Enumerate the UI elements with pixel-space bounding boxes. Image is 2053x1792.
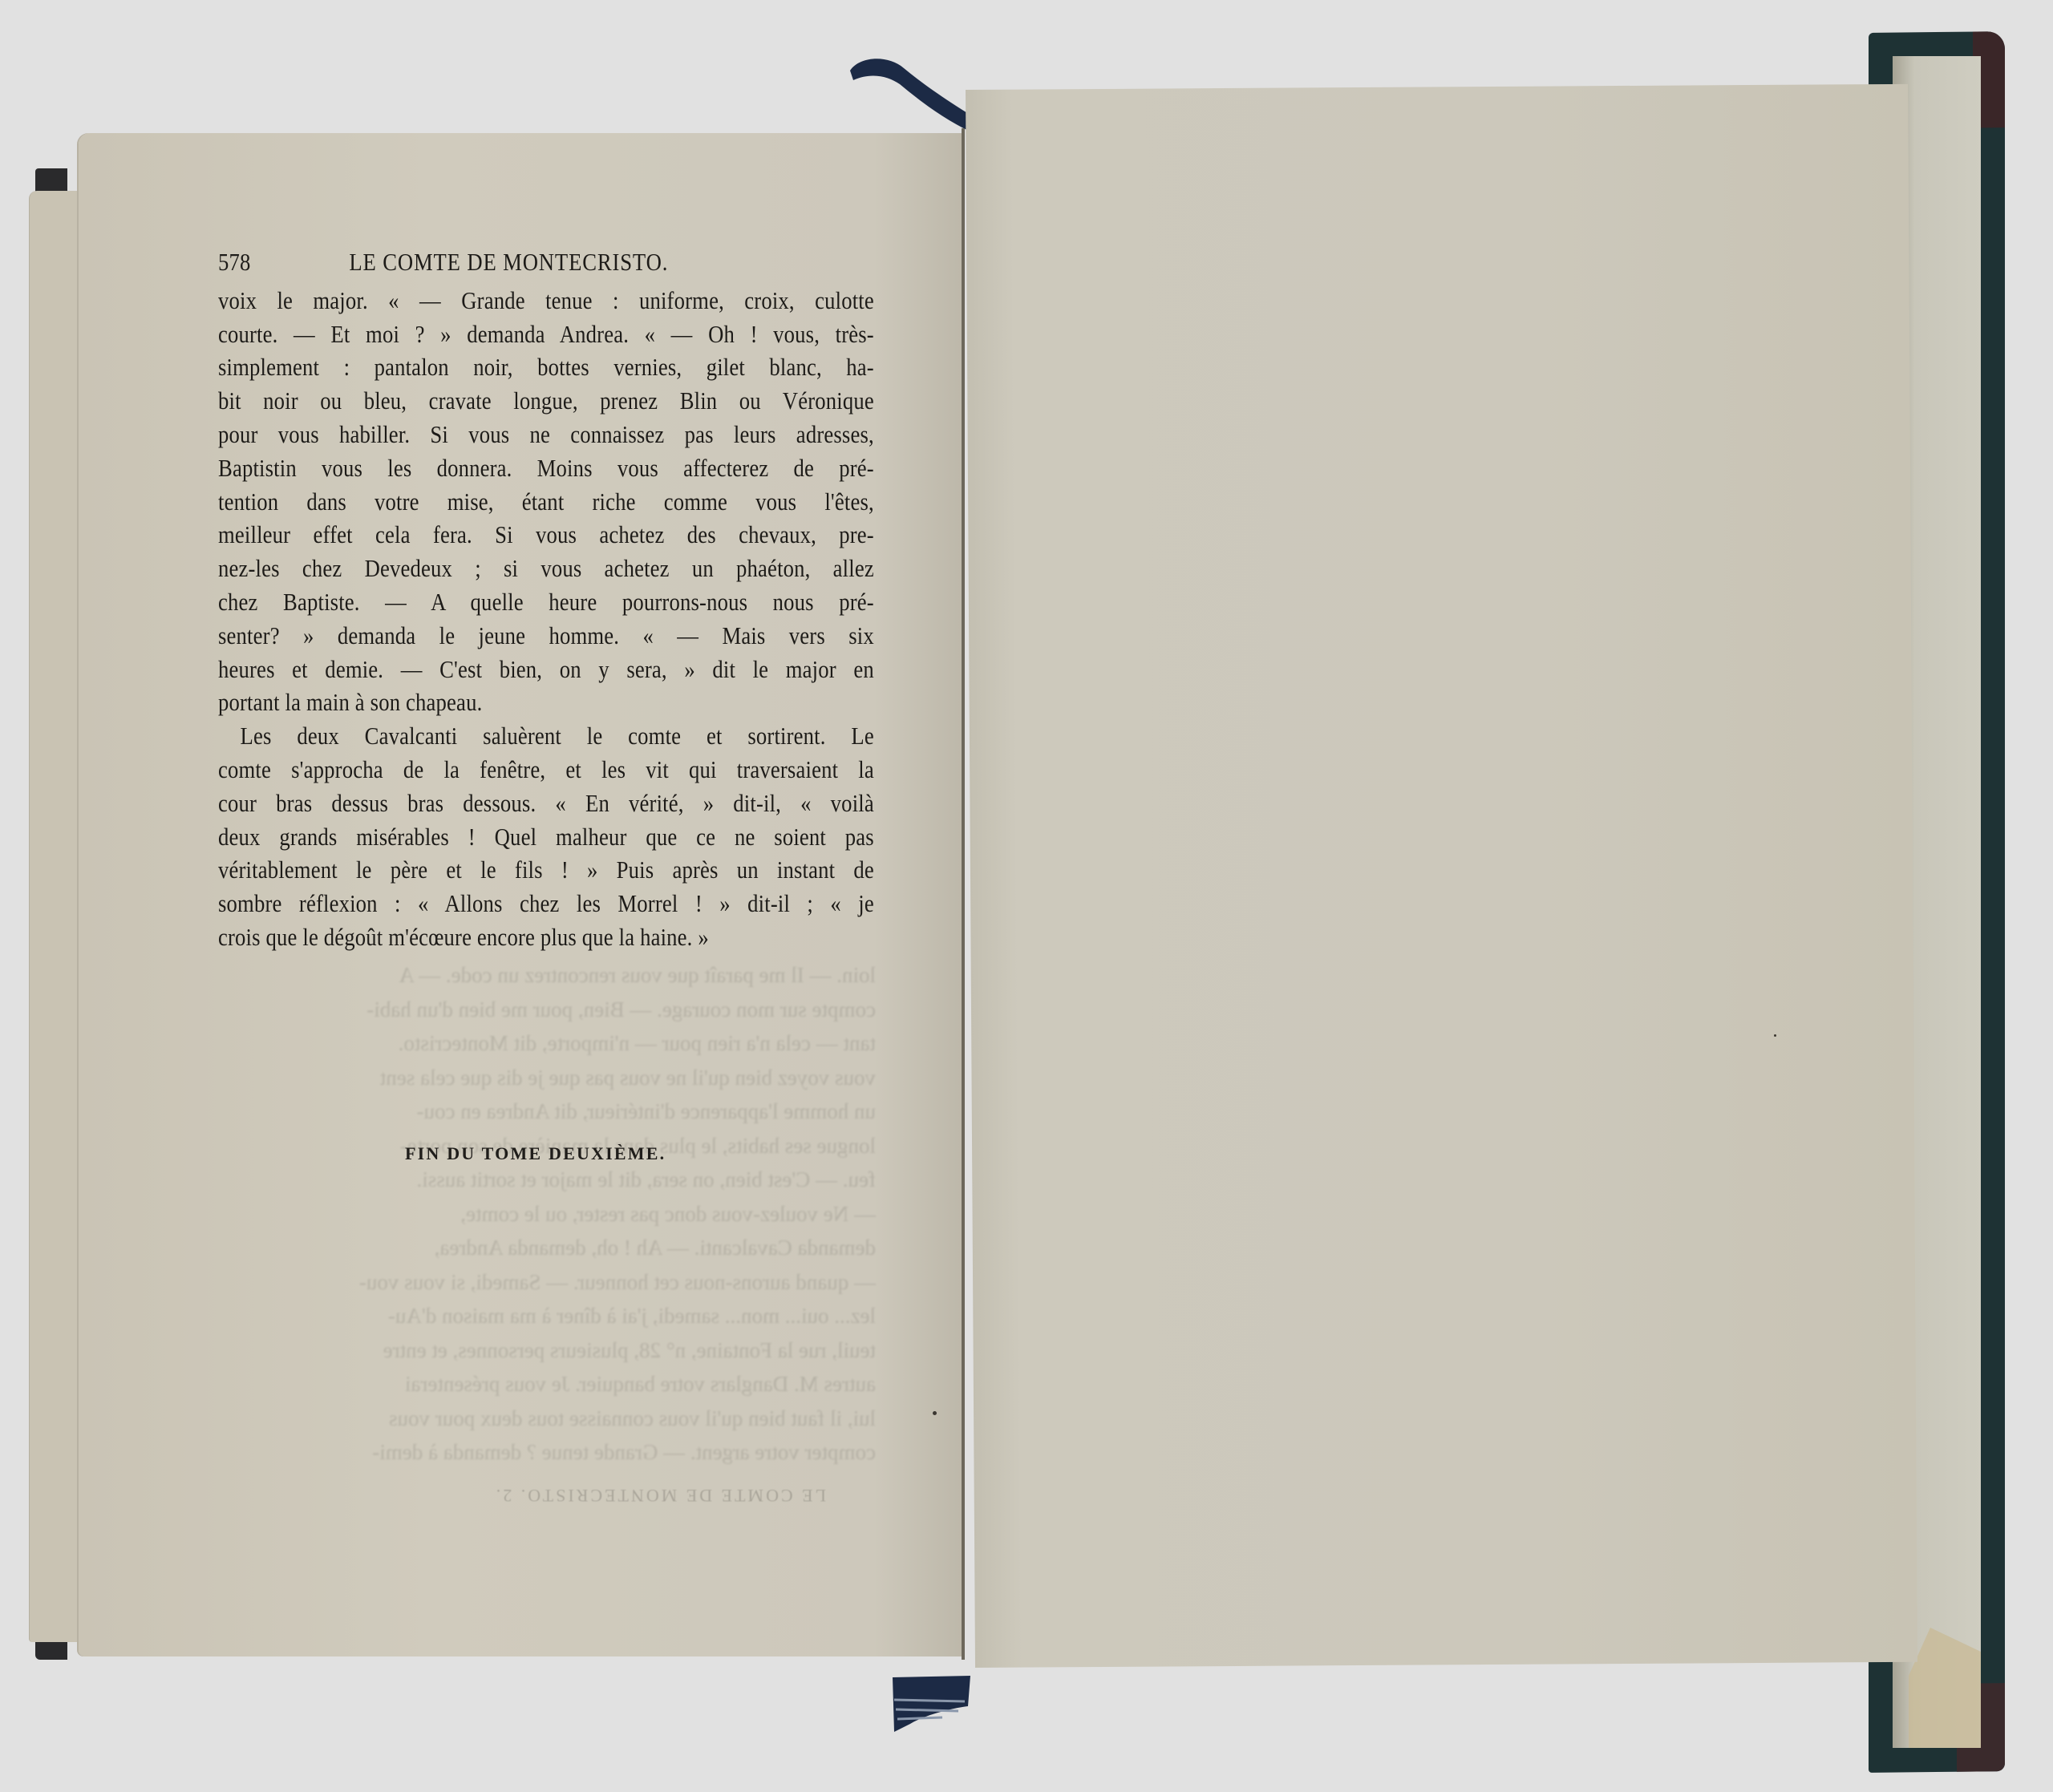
text-line: tention dans votre mise, étant riche com… [218,485,874,519]
page-number: 578 [218,245,349,279]
bleed-through-footer: LE COMTE DE MONTECRISTO. 2. [297,1485,826,1506]
paragraph-1: voix le major. « — Grande tenue : unifor… [218,284,782,719]
text-line: Baptistin vous les donnera. Moins vous a… [218,451,874,485]
bleed-line: — Ne voulez-vous donc pas rester, ou le … [210,1197,876,1232]
text-line: courte. — Et moi ? » demanda Andrea. « —… [218,318,874,351]
text-line: pour vous habiller. Si vous ne connaisse… [218,418,874,451]
text-line: crois que le dégoût m'écœure encore plus… [218,920,874,954]
bleed-line: un homme l'apparence d'intérieur, dit An… [210,1094,876,1129]
paper-speck [933,1411,937,1415]
text-line: portant la main à son chapeau. [218,686,874,719]
bleed-line: compter votre argent. — Grande tenue ? d… [210,1435,876,1470]
page-text: 578 LE COMTE DE MONTECRISTO. voix le maj… [218,245,782,954]
bleed-line: autres M. Danglars votre banquier. Je vo… [210,1367,876,1402]
bleed-through-text: loin. — Il me paraît que vous rencontrez… [210,958,876,1470]
paper-speck [1774,1034,1776,1037]
running-title: LE COMTE DE MONTECRISTO. [349,245,668,279]
bleed-line: tant — cela n'a rien pour — n'importe, d… [210,1026,876,1061]
left-page-stack-edge [29,191,86,1642]
text-line: chez Baptiste. — A quelle heure pourrons… [218,585,874,619]
text-line: véritablement le père et le fils ! » Pui… [218,853,874,887]
text-line: Les deux Cavalcanti saluèrent le comte e… [218,719,874,753]
bleed-line: lez... oui... mon... samedi, j'ai à dîne… [210,1299,876,1333]
text-line: comte s'approcha de la fenêtre, et les v… [218,753,874,787]
right-page-blank [966,84,1917,1668]
text-line: bit noir ou bleu, cravate longue, prenez… [218,384,874,418]
text-line: simplement : pantalon noir, bottes verni… [218,350,874,384]
bleed-line: teuil, rue la Fontaine, n° 28, plusieurs… [210,1333,876,1368]
text-line: senter? » demanda le jeune homme. « — Ma… [218,619,874,653]
bleed-line: lui, il faut bien qu'il vous connaisse t… [210,1402,876,1436]
bleed-line: demanda Cavalcanti. — Ah ! oh, demanda A… [210,1231,876,1265]
bleed-line: — quand aurons-nous cet honneur. — Samed… [210,1265,876,1300]
bleed-line: loin. — Il me paraît que vous rencontrez… [210,958,876,993]
running-head: 578 LE COMTE DE MONTECRISTO. [218,245,874,279]
bleed-line: vous voyez bien qu'il ne vous pas que je… [210,1061,876,1095]
text-line: heures et demie. — C'est bien, on y sera… [218,653,874,686]
bleed-line: compte sur mon courage. — Bien, pour me … [210,993,876,1027]
book-gutter [962,128,965,1660]
text-line: nez-les chez Devedeux ; si vous achetez … [218,552,874,585]
bookmark-ribbon-bottom [878,1668,978,1736]
text-line: voix le major. « — Grande tenue : unifor… [218,284,874,318]
bleed-line: feu. — C'est bien, on sera, dit le major… [210,1163,876,1197]
colophon-end-of-volume: FIN DU TOME DEUXIÈME. [405,1143,666,1164]
text-line: deux grands misérables ! Quel malheur qu… [218,820,874,854]
text-line: cour bras dessus bras dessous. « En véri… [218,787,874,820]
text-line: sombre réflexion : « Allons chez les Mor… [218,887,874,920]
paragraph-2: Les deux Cavalcanti saluèrent le comte e… [218,719,782,954]
water-stain [1909,1628,1981,1748]
text-line: meilleur effet cela fera. Si vous achete… [218,518,874,552]
